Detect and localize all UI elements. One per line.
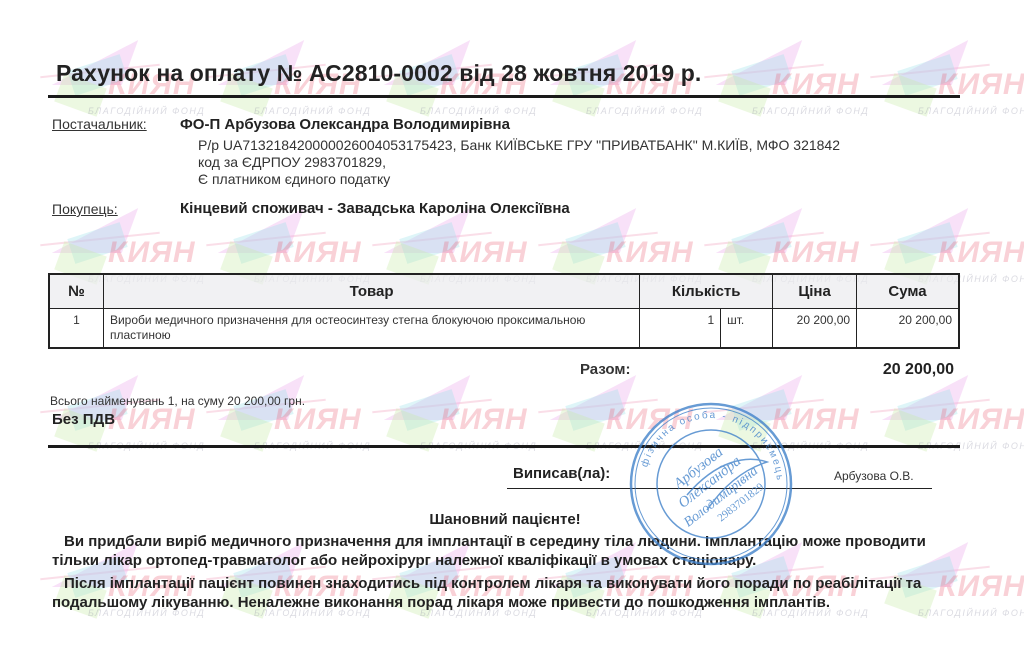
- issued-by-name: Арбузова О.В.: [834, 469, 914, 483]
- column-header-no: №: [49, 274, 103, 308]
- supplier-tax-status: Є платником єдиного податку: [198, 171, 390, 187]
- official-stamp-icon: фізична особа - підприємець Арбузова Оле…: [627, 400, 795, 568]
- row-unit: шт.: [721, 308, 773, 348]
- row-price: 20 200,00: [773, 308, 857, 348]
- total-value: 20 200,00: [883, 361, 954, 379]
- buyer-name: Кінцевий споживач - Завадська Кароліна О…: [180, 200, 570, 217]
- row-number: 1: [49, 308, 103, 348]
- invoice-document: Рахунок на оплату № АС2810-0002 від 28 ж…: [0, 0, 1024, 671]
- title-divider: [48, 95, 960, 98]
- table-header-row: № Товар Кількість Ціна Сума: [49, 274, 959, 308]
- notice-title: Шановний пацієнте!: [0, 511, 1010, 528]
- total-label: Разом:: [580, 361, 630, 378]
- row-product: Вироби медичного призначення для остеоси…: [103, 308, 639, 348]
- column-header-sum: Сума: [857, 274, 959, 308]
- supplier-bank-account: Р/р UA713218420000026004053175423, Банк …: [198, 137, 840, 153]
- column-header-price: Ціна: [773, 274, 857, 308]
- row-sum: 20 200,00: [857, 308, 959, 348]
- vat-status: Без ПДВ: [52, 411, 115, 428]
- column-header-product: Товар: [103, 274, 639, 308]
- column-header-quantity: Кількість: [640, 274, 773, 308]
- items-count-summary: Всього найменувань 1, на суму 20 200,00 …: [50, 394, 305, 408]
- notice-paragraph-implantation: Ви придбали виріб медичного призначення …: [52, 532, 957, 570]
- supplier-label: Постачальник:: [52, 116, 147, 132]
- table-row: 1 Вироби медичного призначення для остео…: [49, 308, 959, 348]
- section-divider: [48, 445, 960, 448]
- row-quantity: 1: [640, 308, 721, 348]
- supplier-name: ФО-П Арбузова Олександра Володимирівна: [180, 116, 510, 133]
- supplier-edrpou-code: код за ЄДРПОУ 2983701829,: [198, 154, 386, 170]
- issued-by-label: Виписав(ла):: [513, 465, 610, 482]
- items-table: № Товар Кількість Ціна Сума 1 Вироби мед…: [48, 273, 960, 349]
- invoice-title: Рахунок на оплату № АС2810-0002 від 28 ж…: [56, 60, 701, 87]
- notice-paragraph-aftercare: Після імплантації пацієнт повинен знаход…: [52, 574, 957, 612]
- buyer-label: Покупець:: [52, 201, 118, 217]
